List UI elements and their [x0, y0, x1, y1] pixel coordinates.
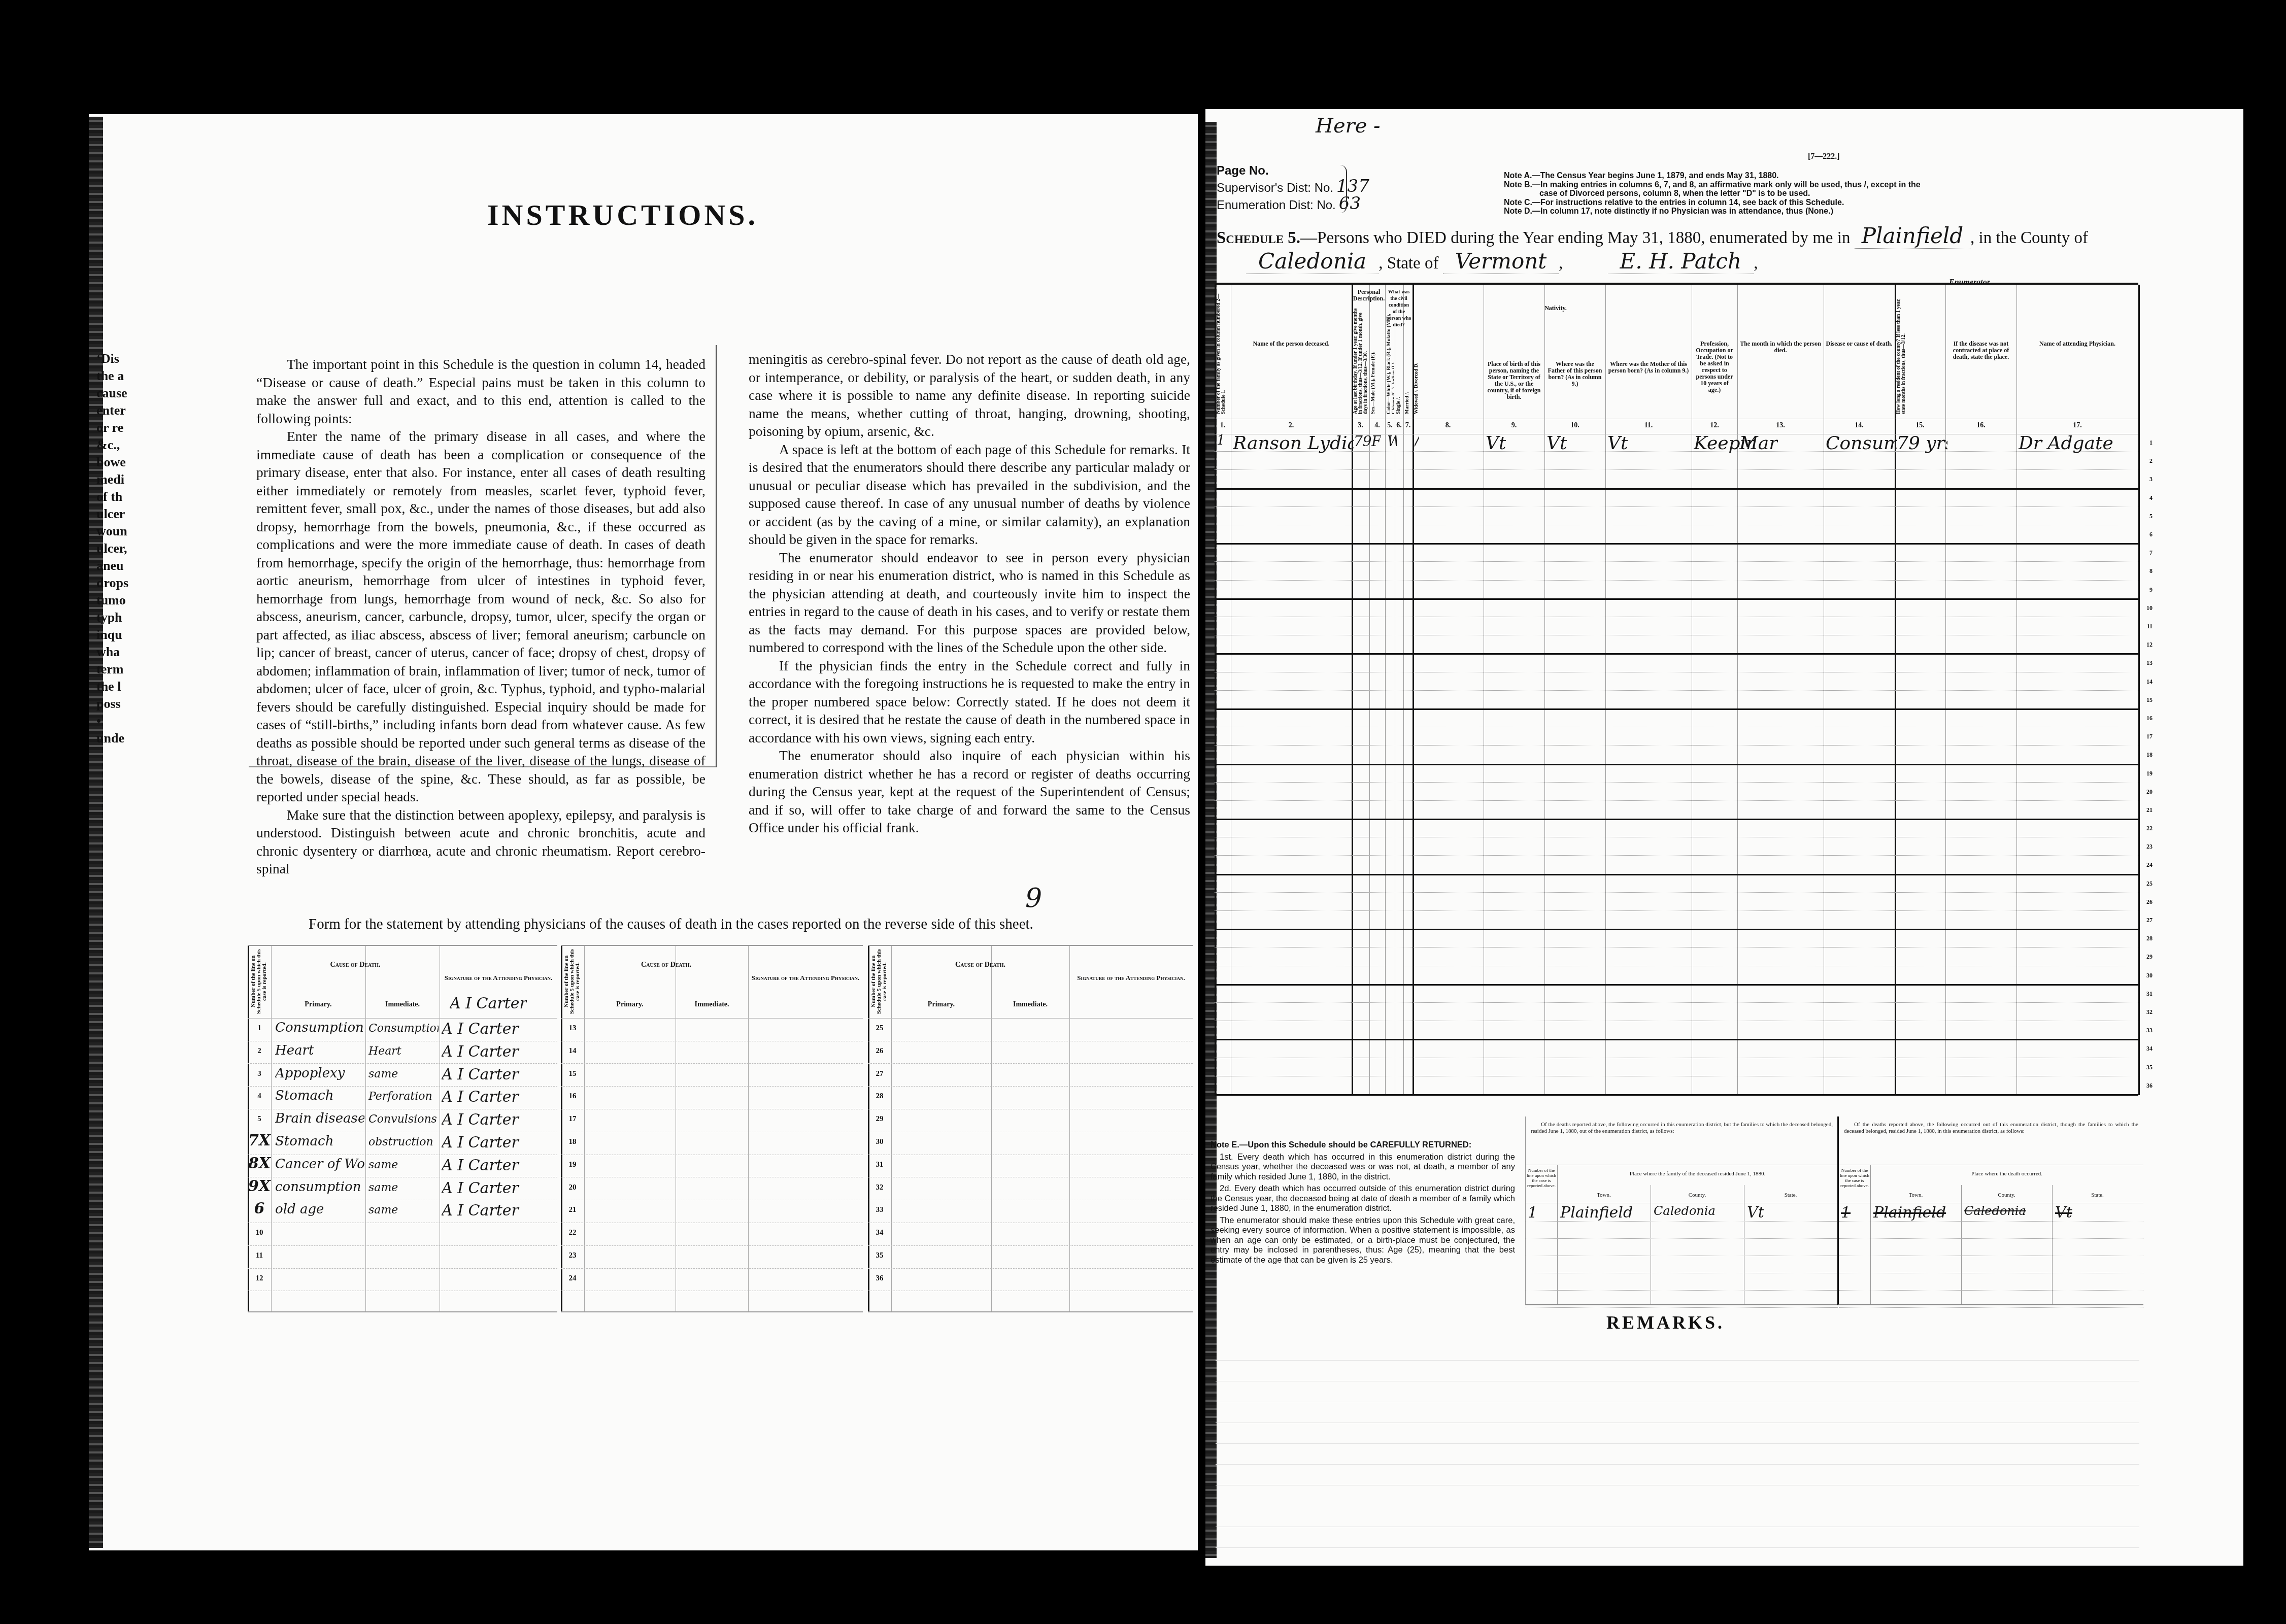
remarks-line [1216, 1381, 2139, 1402]
line-number: 12 [2146, 641, 2153, 649]
line-number: 11 [2147, 623, 2153, 630]
primary-cause[interactable]: Stomach [275, 1134, 364, 1149]
immediate-cause[interactable] [991, 1179, 1069, 1200]
primary-cause[interactable]: Stomach [275, 1088, 364, 1103]
line-number: 34 [868, 1229, 891, 1237]
primary-cause[interactable]: Consumption [275, 1020, 364, 1035]
immediate-cause[interactable] [676, 1088, 748, 1108]
physician-signature[interactable] [748, 1066, 863, 1086]
physician-signature[interactable]: A I Carter [442, 1066, 556, 1084]
cell-state[interactable]: Vt [1747, 1204, 1764, 1222]
immediate-cause[interactable] [991, 1066, 1069, 1086]
line-number: 19 [561, 1161, 584, 1169]
immediate-cause[interactable] [991, 1043, 1069, 1063]
schedule-line [1215, 543, 2138, 545]
note-e: Note E.—Upon this Schedule should be CAR… [1211, 1140, 1515, 1267]
table-row: 2HeartHeartA I Carter [248, 1041, 557, 1064]
physician-table-block: Number of the line on Schedule 5 upon wh… [561, 945, 863, 1312]
immediate-cause[interactable] [991, 1157, 1069, 1177]
line-number: 17 [2146, 733, 2153, 740]
primary-cause[interactable]: consumption [275, 1179, 364, 1195]
schedule-line [1215, 653, 2138, 655]
cell-widowed[interactable]: / [1415, 433, 1419, 450]
line-number: 16 [2146, 715, 2153, 722]
cell-sex[interactable]: F [1371, 433, 1381, 450]
cell-num[interactable]: 1 [1528, 1204, 1537, 1222]
cell-town[interactable]: Plainfield [1873, 1204, 1946, 1222]
bleed-line: inqu [96, 626, 162, 644]
schedule-line [1215, 727, 2138, 727]
cell-state[interactable]: Vt [2055, 1204, 2072, 1222]
table-row: 32 [868, 1177, 1193, 1201]
table-row: 26 [868, 1041, 1193, 1064]
remarks-lines [1216, 1340, 2139, 1548]
line-number: 33 [868, 1206, 891, 1214]
instructions-title: INSTRUCTIONS. [487, 198, 758, 232]
column-header: Place of birth of this person, naming th… [1486, 361, 1542, 400]
immediate-cause[interactable] [991, 1202, 1069, 1222]
header-signature: A I Carter [450, 995, 527, 1012]
note-b: Note B.—In making entries in columns 6, … [1504, 181, 1921, 190]
line-number: 16 [561, 1092, 584, 1101]
table-row: 4StomachPerforationA I Carter [248, 1086, 557, 1109]
physician-signature[interactable] [1069, 1225, 1193, 1245]
physician-form-title: Form for the statement by attending phys… [309, 916, 1033, 933]
physician-signature[interactable]: A I Carter [442, 1157, 556, 1174]
schedule-line [1215, 819, 2138, 820]
physician-signature[interactable] [1069, 1179, 1193, 1200]
cell-father[interactable]: Vt [1547, 433, 1567, 454]
immediate-cause[interactable] [991, 1020, 1069, 1040]
cell-name[interactable]: Ranson Lydia [1233, 433, 1354, 454]
section-intro: Of the deaths reported above, the follow… [1844, 1122, 2138, 1135]
immediate-cause[interactable] [991, 1111, 1069, 1131]
line-number: 33 [2146, 1027, 2153, 1034]
line-number: 15 [2146, 696, 2153, 704]
physician-signature[interactable] [748, 1270, 863, 1291]
column-number: 11. [1605, 422, 1692, 430]
brace [1340, 165, 1347, 213]
schedule-line [1215, 488, 2138, 490]
physician-signature[interactable] [748, 1202, 863, 1222]
primary-cause[interactable] [891, 1247, 991, 1268]
column-number: 7. [1403, 422, 1413, 430]
immediate-cause[interactable] [991, 1088, 1069, 1108]
column-number: 4. [1369, 422, 1385, 430]
primary-cause[interactable] [891, 1202, 991, 1222]
cell-cause[interactable]: Consumption [1826, 433, 1897, 454]
line-number: 27 [2146, 917, 2153, 924]
county-header: County. [1651, 1192, 1744, 1198]
immediate-cause[interactable] [676, 1111, 748, 1131]
schedule-line [1215, 1058, 2138, 1058]
immediate-cause[interactable] [676, 1225, 748, 1245]
bleed-line: the l [96, 678, 162, 695]
cell-residence[interactable]: 79 yrs [1897, 433, 1947, 454]
top-annotation: Here - [1316, 114, 1381, 138]
primary-cause[interactable] [584, 1043, 676, 1063]
primary-cause[interactable]: Heart [275, 1043, 364, 1058]
physician-signature[interactable] [748, 1225, 863, 1245]
line-number: 26 [868, 1047, 891, 1056]
primary-cause[interactable] [584, 1088, 676, 1108]
primary-cause[interactable] [891, 1088, 991, 1108]
column-rule [2138, 285, 2140, 1095]
line-number: 7X [248, 1132, 271, 1149]
line-number: 35 [2146, 1064, 2153, 1071]
column-header: How long a resident of the county? If le… [1896, 290, 1945, 414]
physician-signature[interactable]: A I Carter [442, 1020, 556, 1038]
line-number: 36 [868, 1274, 891, 1283]
schedule-line [1215, 617, 2138, 617]
physician-signature[interactable] [748, 1020, 863, 1040]
state-field: Vermont [1443, 249, 1559, 274]
remarks-line [1216, 1527, 2139, 1548]
primary-cause[interactable] [584, 1225, 676, 1245]
primary-cause[interactable] [584, 1179, 676, 1200]
primary-cause[interactable] [584, 1202, 676, 1222]
table-row: 8XCancer of WombsameA I Carter [248, 1155, 557, 1178]
column-number: 3. [1352, 422, 1369, 430]
schedule-heading-line2: Caledonia, State of Vermont, E. H. Patch… [1246, 249, 1758, 274]
cell-birthplace[interactable]: Vt [1486, 433, 1506, 454]
immediate-cause[interactable] [676, 1202, 748, 1222]
line-number: 36 [2146, 1082, 2153, 1090]
physician-signature[interactable] [748, 1111, 863, 1131]
column-header: Name of attending Physician. [2019, 341, 2136, 347]
table-row: 18 [561, 1132, 863, 1155]
schedule-line [1215, 984, 2138, 986]
column-number: 17. [2016, 422, 2138, 430]
line-number: 6 [2149, 531, 2153, 538]
entry-line [1526, 1273, 1838, 1273]
immediate-cause[interactable] [676, 1066, 748, 1086]
entry-line [1526, 1290, 1838, 1291]
schedule-line [1215, 598, 2138, 600]
header-rule [1839, 1203, 2143, 1203]
line-number: 20 [561, 1183, 584, 1192]
table-row: 17 [561, 1109, 863, 1132]
immediate-cause[interactable] [991, 1225, 1069, 1245]
table-header: Number of the line on Schedule 5 upon wh… [868, 946, 1193, 1019]
physician-signature[interactable]: A I Carter [442, 1111, 556, 1129]
line-number: 27 [868, 1070, 891, 1078]
physician-signature[interactable] [1069, 1134, 1193, 1154]
primary-cause[interactable] [584, 1157, 676, 1177]
physician-signature[interactable] [1069, 1088, 1193, 1108]
line-number: 15 [561, 1070, 584, 1078]
immediate-cause[interactable] [991, 1247, 1069, 1268]
line-number: 10 [248, 1229, 271, 1237]
bleed-line: &c., [96, 436, 162, 454]
physician-signature[interactable] [748, 1179, 863, 1200]
remarks-title: REMARKS. [1606, 1312, 1725, 1333]
immediate-cause[interactable] [676, 1179, 748, 1200]
line-number-header: Number of the line upon which the case i… [1840, 1168, 1869, 1188]
column-numbers: 1.2.3.4.5.6.7.8.9.10.11.12.13.14.15.16.1… [1215, 419, 2138, 434]
line-number: 26 [2146, 898, 2153, 906]
immediate-cause[interactable]: same [368, 1068, 439, 1080]
cell-physician[interactable]: Dr Adgate [2019, 433, 2113, 454]
enumerator-field: E. H. Patch [1608, 249, 1754, 274]
primary-cause[interactable] [891, 1066, 991, 1086]
physician-signature[interactable]: A I Carter [442, 1088, 556, 1106]
primary-cause[interactable]: Appoplexy [275, 1066, 364, 1081]
header-rule [1839, 1165, 2143, 1165]
line-number: 22 [2146, 825, 2153, 832]
primary-cause[interactable] [584, 1020, 676, 1040]
column-number: 5. [1385, 422, 1395, 430]
column-header: Profession, Occupation or Trade. (Not to… [1694, 341, 1735, 393]
occurred-out-of-district-table: Of the deaths reported above, the follow… [1837, 1116, 2143, 1305]
immediate-cause[interactable]: Consumption [368, 1022, 439, 1035]
table-row: 1ConsumptionConsumptionA I Carter [248, 1018, 557, 1041]
instr-para: The enumerator should also inquire of ea… [749, 747, 1190, 837]
signature-header: Signature of the Attending Physician. [748, 974, 863, 982]
primary-cause[interactable] [891, 1111, 991, 1131]
line-number: 5 [2149, 513, 2153, 520]
line-number: 18 [561, 1138, 584, 1146]
physician-signature[interactable]: A I Carter [442, 1043, 556, 1061]
line-number: 2 [2149, 457, 2153, 465]
column-number: 6. [1395, 422, 1403, 430]
schedule-line [1215, 580, 2138, 581]
primary-cause[interactable] [584, 1270, 676, 1291]
bleed-line: of th [96, 488, 162, 505]
immediate-cause[interactable] [676, 1020, 748, 1040]
physician-signature[interactable] [1069, 1111, 1193, 1131]
physician-signature[interactable] [1069, 1247, 1193, 1268]
county-field: Caledonia [1246, 249, 1379, 274]
primary-cause[interactable]: old age [275, 1202, 364, 1217]
remarks-line [1216, 1402, 2139, 1423]
cause-of-death-header: Cause of Death. [584, 961, 748, 969]
bleed-line: cause [96, 385, 162, 402]
immediate-cause[interactable]: same [368, 1204, 439, 1216]
line-number: 12 [248, 1274, 271, 1283]
immediate-cause[interactable] [676, 1157, 748, 1177]
immediate-cause[interactable] [676, 1247, 748, 1268]
table-row: 25 [868, 1018, 1193, 1041]
immediate-header: Immediate. [365, 1001, 440, 1009]
immediate-cause[interactable] [676, 1270, 748, 1291]
primary-cause[interactable] [891, 1157, 991, 1177]
physician-signature[interactable] [1069, 1270, 1193, 1291]
schedule-line [1215, 1094, 2138, 1096]
bleed-line: medi [96, 471, 162, 488]
table-row: 19 [561, 1155, 863, 1178]
deaths-schedule-table: Personal Description.What was the civil … [1215, 283, 2138, 1095]
physician-signature[interactable] [748, 1043, 863, 1063]
cell-town[interactable]: Plainfield [1560, 1204, 1633, 1222]
bleed-line: ulcer [96, 505, 162, 523]
cell-num[interactable]: 1 [1841, 1204, 1851, 1222]
immediate-cause[interactable] [676, 1134, 748, 1154]
physician-signature[interactable]: A I Carter [442, 1179, 556, 1197]
line-number: 10 [2146, 604, 2153, 612]
immediate-cause[interactable]: Heart [368, 1045, 439, 1058]
physician-signature[interactable]: A I Carter [442, 1134, 556, 1152]
entry-line [1839, 1273, 2143, 1273]
line-number: 23 [561, 1251, 584, 1260]
table-row: 36 [868, 1268, 1193, 1292]
line-number: 1 [2149, 439, 2153, 447]
physician-signature[interactable] [748, 1157, 863, 1177]
schedule-line [1215, 525, 2138, 525]
cell-mother[interactable]: Vt [1607, 433, 1628, 454]
schedule-line [1215, 837, 2138, 837]
primary-cause[interactable] [584, 1111, 676, 1131]
bleed-line: bowe [96, 454, 162, 471]
entry-line [1839, 1238, 2143, 1239]
place-header: Place where the family of the deceased r… [1557, 1171, 1838, 1177]
immediate-cause[interactable]: obstruction [368, 1136, 439, 1148]
line-number: 35 [868, 1251, 891, 1260]
column-number: 1. [1215, 422, 1231, 430]
physician-signature[interactable] [1069, 1157, 1193, 1177]
signature-header: Signature of the Attending Physician. [440, 974, 557, 982]
remarks-line [1216, 1340, 2139, 1361]
line-number: 7 [2149, 549, 2153, 557]
column-header: Sex—Male (M.), Female (F.). [1371, 308, 1385, 414]
instr-para: The important point in this Schedule is … [256, 355, 705, 427]
bleed-line: wha [96, 644, 162, 661]
line-number: 25 [2146, 880, 2153, 888]
schedule-line [1215, 966, 2138, 966]
column-header: Married /. [1405, 308, 1412, 414]
column-header: The month in which the person died. [1739, 341, 1822, 354]
line-number: 9 [2149, 586, 2153, 594]
line-number: 17 [561, 1115, 584, 1124]
immediate-cause[interactable]: Perforation [368, 1090, 439, 1103]
line-number-header: Number of the line on Schedule 5 upon wh… [871, 948, 891, 1015]
immediate-cause[interactable]: same [368, 1159, 439, 1171]
table-row: 13 [561, 1018, 863, 1041]
schedule-line [1215, 708, 2138, 710]
schedule-line [1215, 745, 2138, 746]
personal-description-header: Personal Description. [1353, 289, 1385, 302]
table-row: 6old agesameA I Carter [248, 1200, 557, 1223]
cell-county[interactable]: Caledonia [1964, 1204, 2026, 1218]
line-number: 14 [561, 1047, 584, 1056]
physician-table-block: Number of the line on Schedule 5 upon wh… [868, 945, 1193, 1312]
table-row: 31 [868, 1155, 1193, 1178]
immediate-cause[interactable] [991, 1270, 1069, 1291]
bleed-line: enter [96, 402, 162, 419]
bleed-line: or re [96, 419, 162, 436]
immediate-cause[interactable] [991, 1134, 1069, 1154]
table-header: Personal Description.What was the civil … [1215, 285, 2138, 419]
signature-header: Signature of the Attending Physician. [1069, 974, 1193, 982]
line-number: 18 [2146, 751, 2153, 759]
primary-cause[interactable] [891, 1270, 991, 1291]
table-row: 5Brain diseaseConvulsionsA I Carter [248, 1109, 557, 1132]
physician-signature[interactable] [1069, 1066, 1193, 1086]
physician-signature[interactable]: A I Carter [442, 1202, 556, 1220]
primary-cause[interactable]: Brain disease [275, 1111, 364, 1126]
cause-of-death-header: Cause of Death. [891, 961, 1069, 969]
line-number: 29 [868, 1115, 891, 1124]
table-row: 11 [248, 1245, 557, 1269]
handwritten-mark: 9 [1025, 883, 1042, 913]
primary-cause[interactable] [584, 1066, 676, 1086]
entry-line [1839, 1307, 2143, 1308]
physician-signature[interactable] [1069, 1043, 1193, 1063]
schedule-line [1215, 1021, 2138, 1021]
physician-signature[interactable] [748, 1088, 863, 1108]
physician-signature[interactable] [1069, 1020, 1193, 1040]
line-number: 31 [2146, 990, 2153, 998]
column-rule [1870, 1165, 1871, 1304]
town-header: Town. [1557, 1192, 1651, 1198]
primary-cause[interactable] [891, 1179, 991, 1200]
primary-cause[interactable] [891, 1134, 991, 1154]
primary-cause[interactable] [891, 1225, 991, 1245]
cell-family[interactable]: 1 [1217, 433, 1225, 448]
instr-para: The enumerator should endeavor to see in… [749, 549, 1190, 657]
line-number: 25 [868, 1024, 891, 1033]
column-number: 14. [1824, 422, 1895, 430]
physician-signature[interactable] [748, 1134, 863, 1154]
schedule-line [1215, 1039, 2138, 1040]
schedule-line [1215, 1002, 2138, 1003]
table-row: 12 [248, 1268, 557, 1292]
schedule-line [1215, 469, 2138, 470]
line-number: 9X [248, 1177, 271, 1195]
instr-para: Make sure that the distinction between a… [256, 806, 705, 878]
schedule-line [1215, 1076, 2138, 1076]
table-row: 28 [868, 1086, 1193, 1109]
entry-line [1839, 1290, 2143, 1291]
physician-signature[interactable] [1069, 1202, 1193, 1222]
table-row: 7XStomachobstructionA I Carter [248, 1132, 557, 1155]
primary-cause[interactable] [891, 1043, 991, 1063]
primary-cause[interactable] [584, 1134, 676, 1154]
primary-cause[interactable] [891, 1020, 991, 1040]
column-number: 15. [1895, 422, 1945, 430]
bleed-line: ‘Dis [96, 350, 162, 367]
line-number-header: Number of the line on Schedule 5 upon wh… [564, 948, 584, 1015]
column-number: 2. [1231, 422, 1352, 430]
table-row: 23 [561, 1245, 863, 1269]
primary-cause[interactable] [584, 1247, 676, 1268]
immediate-cause[interactable]: Convulsions [368, 1113, 439, 1126]
schedule-line [1215, 764, 2138, 765]
schedule-line [1215, 947, 2138, 948]
table-row: 24 [561, 1268, 863, 1292]
entry-line [1839, 1256, 2143, 1256]
table-header: Number of the line on Schedule 5 upon wh… [561, 946, 863, 1019]
note-b-cont: case of Divorced persons, column 8, when… [1504, 189, 1921, 198]
line-number: 13 [2146, 659, 2153, 667]
immediate-cause[interactable]: same [368, 1181, 439, 1194]
immediate-cause[interactable] [676, 1043, 748, 1063]
cell-county[interactable]: Caledonia [1654, 1204, 1716, 1218]
line-number: 6 [248, 1200, 271, 1217]
cell-month[interactable]: Mar [1739, 433, 1778, 454]
cell-color[interactable]: W [1387, 433, 1397, 450]
schedule-line [1215, 892, 2138, 893]
table-row: 21 [561, 1200, 863, 1223]
schedule-line [1215, 561, 2138, 562]
primary-cause[interactable]: Cancer of Womb [275, 1157, 364, 1172]
table-row: 20 [561, 1177, 863, 1201]
cell-age[interactable]: 79 [1354, 433, 1371, 450]
line-number: 19 [2146, 770, 2153, 777]
line-number: 4 [2149, 494, 2153, 502]
line-number: 2 [248, 1047, 271, 1056]
physician-signature[interactable] [748, 1247, 863, 1268]
